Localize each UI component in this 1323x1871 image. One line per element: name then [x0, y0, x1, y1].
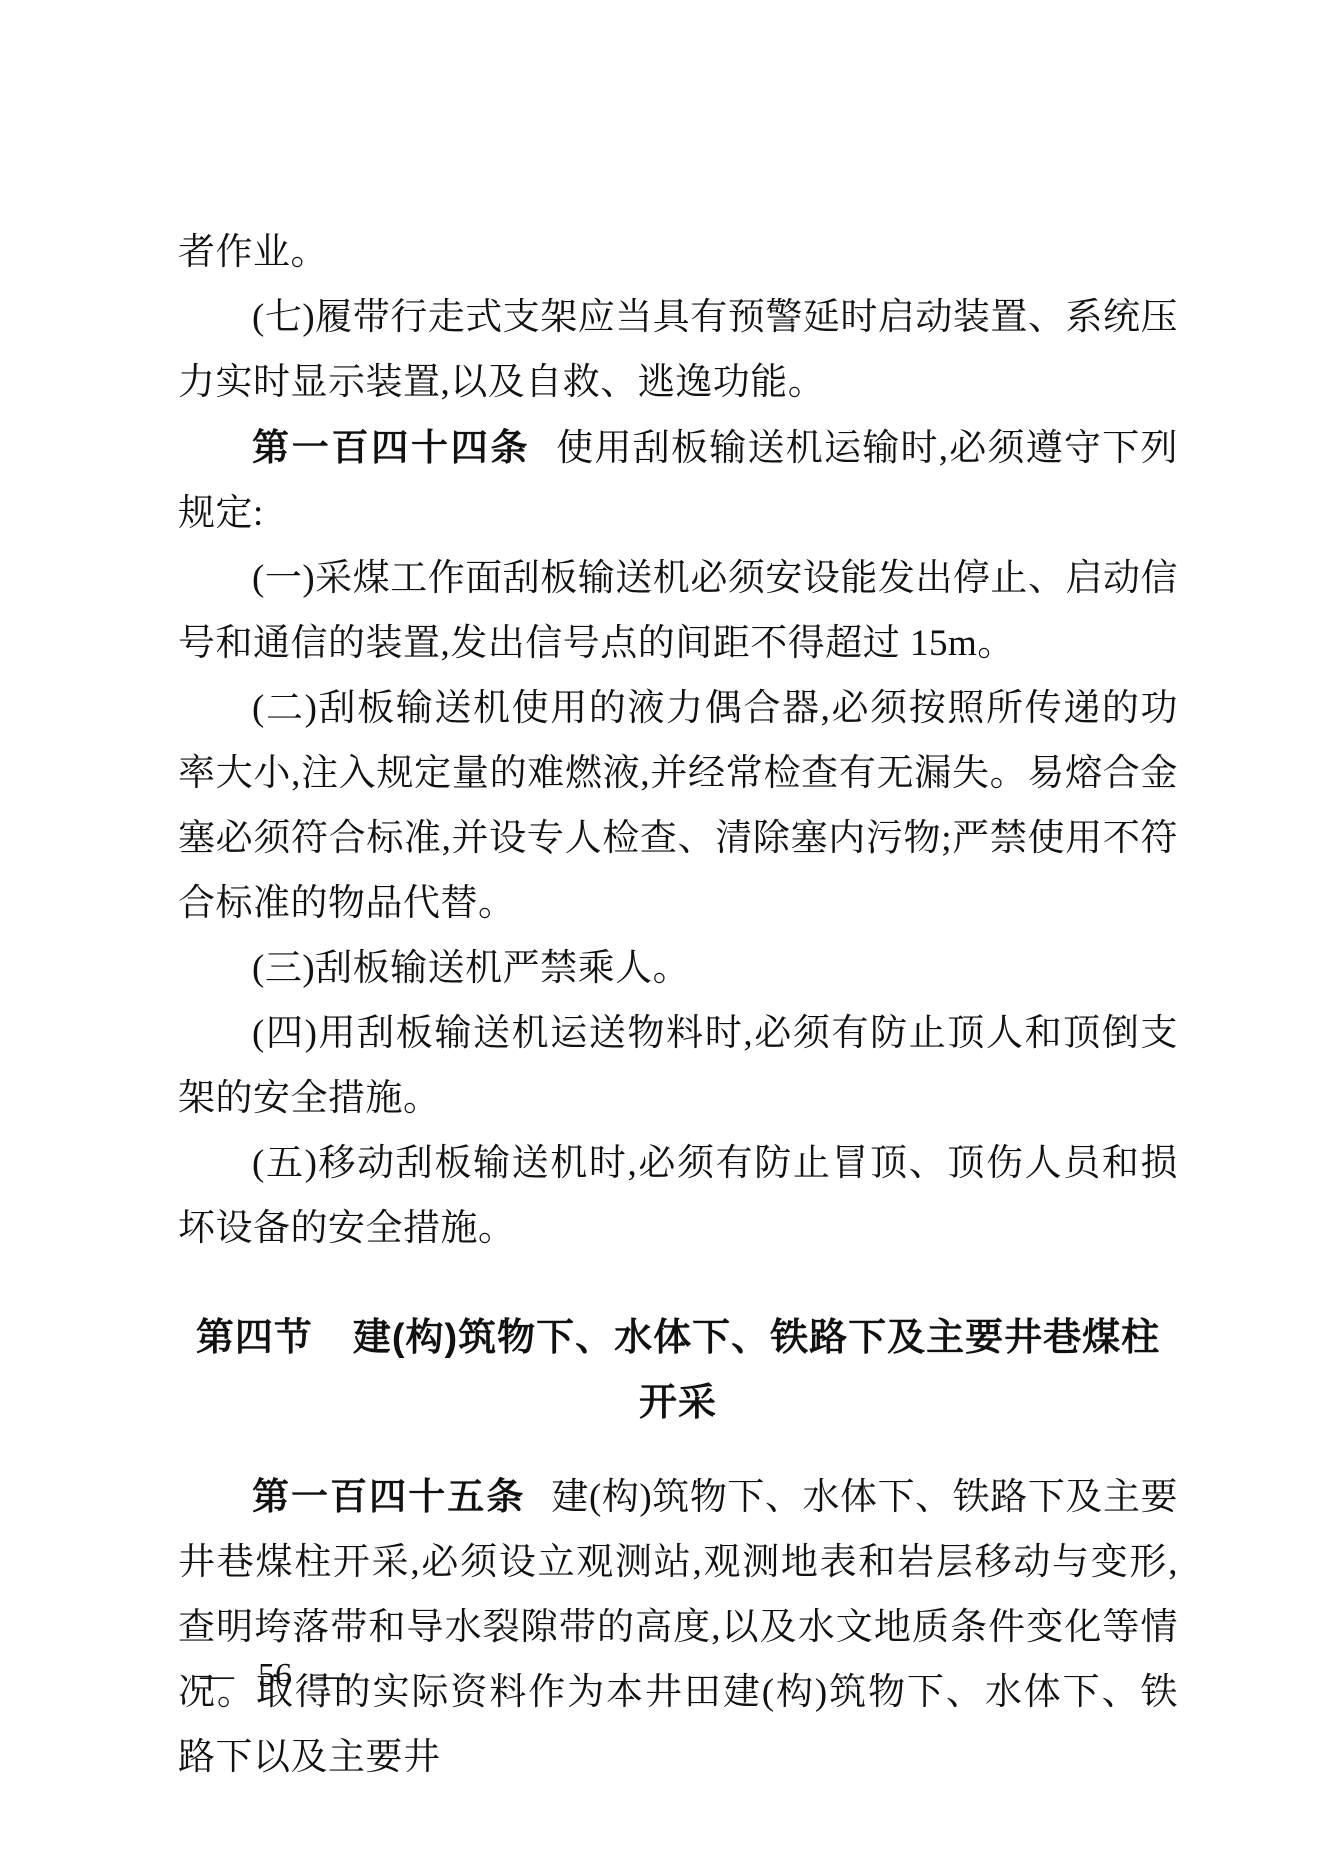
paragraph-item-3: (三)刮板输送机严禁乘人。	[178, 936, 1178, 1001]
footer-dash-right: —	[316, 1656, 350, 1696]
article-144-number: 第一百四十四条	[252, 427, 556, 468]
footer-dash-left: —	[200, 1656, 234, 1696]
paragraph-article-145: 第一百四十五条建(构)筑物下、水体下、铁路下及主要井巷煤柱开采,必须设立观测站,…	[178, 1464, 1178, 1790]
paragraph-item-1: (一)采煤工作面刮板输送机必须安设能发出停止、启动信号和通信的装置,发出信号点的…	[178, 546, 1178, 676]
document-page: 者作业。 (七)履带行走式支架应当具有预警延时启动装置、系统压力实时显示装置,以…	[0, 0, 1323, 1871]
paragraph-item-7: (七)履带行走式支架应当具有预警延时启动装置、系统压力实时显示装置,以及自救、逃…	[178, 285, 1178, 415]
page-number: 56	[258, 1656, 292, 1696]
paragraph-item-5: (五)移动刮板输送机时,必须有防止冒顶、顶伤人员和损坏设备的安全措施。	[178, 1131, 1178, 1261]
section-4-number: 第四节	[196, 1317, 353, 1359]
paragraph-continuation: 者作业。	[178, 220, 1178, 285]
section-4-heading: 第四节建(构)筑物下、水体下、铁路下及主要井巷煤柱开采	[178, 1306, 1178, 1436]
article-145-text: 建(构)筑物下、水体下、铁路下及主要井巷煤柱开采,必须设立观测站,观测地表和岩层…	[178, 1477, 1178, 1778]
paragraph-item-2: (二)刮板输送机使用的液力偶合器,必须按照所传递的功率大小,注入规定量的难燃液,…	[178, 676, 1178, 936]
paragraph-item-4: (四)用刮板输送机运送物料时,必须有防止顶人和顶倒支架的安全措施。	[178, 1001, 1178, 1131]
section-4-title: 建(构)筑物下、水体下、铁路下及主要井巷煤柱开采	[353, 1317, 1160, 1424]
page-footer: — 56 —	[200, 1656, 350, 1696]
page-content: 者作业。 (七)履带行走式支架应当具有预警延时启动装置、系统压力实时显示装置,以…	[178, 0, 1178, 1790]
paragraph-article-144: 第一百四十四条使用刮板输送机运输时,必须遵守下列规定:	[178, 415, 1178, 546]
article-145-number: 第一百四十五条	[252, 1476, 551, 1517]
